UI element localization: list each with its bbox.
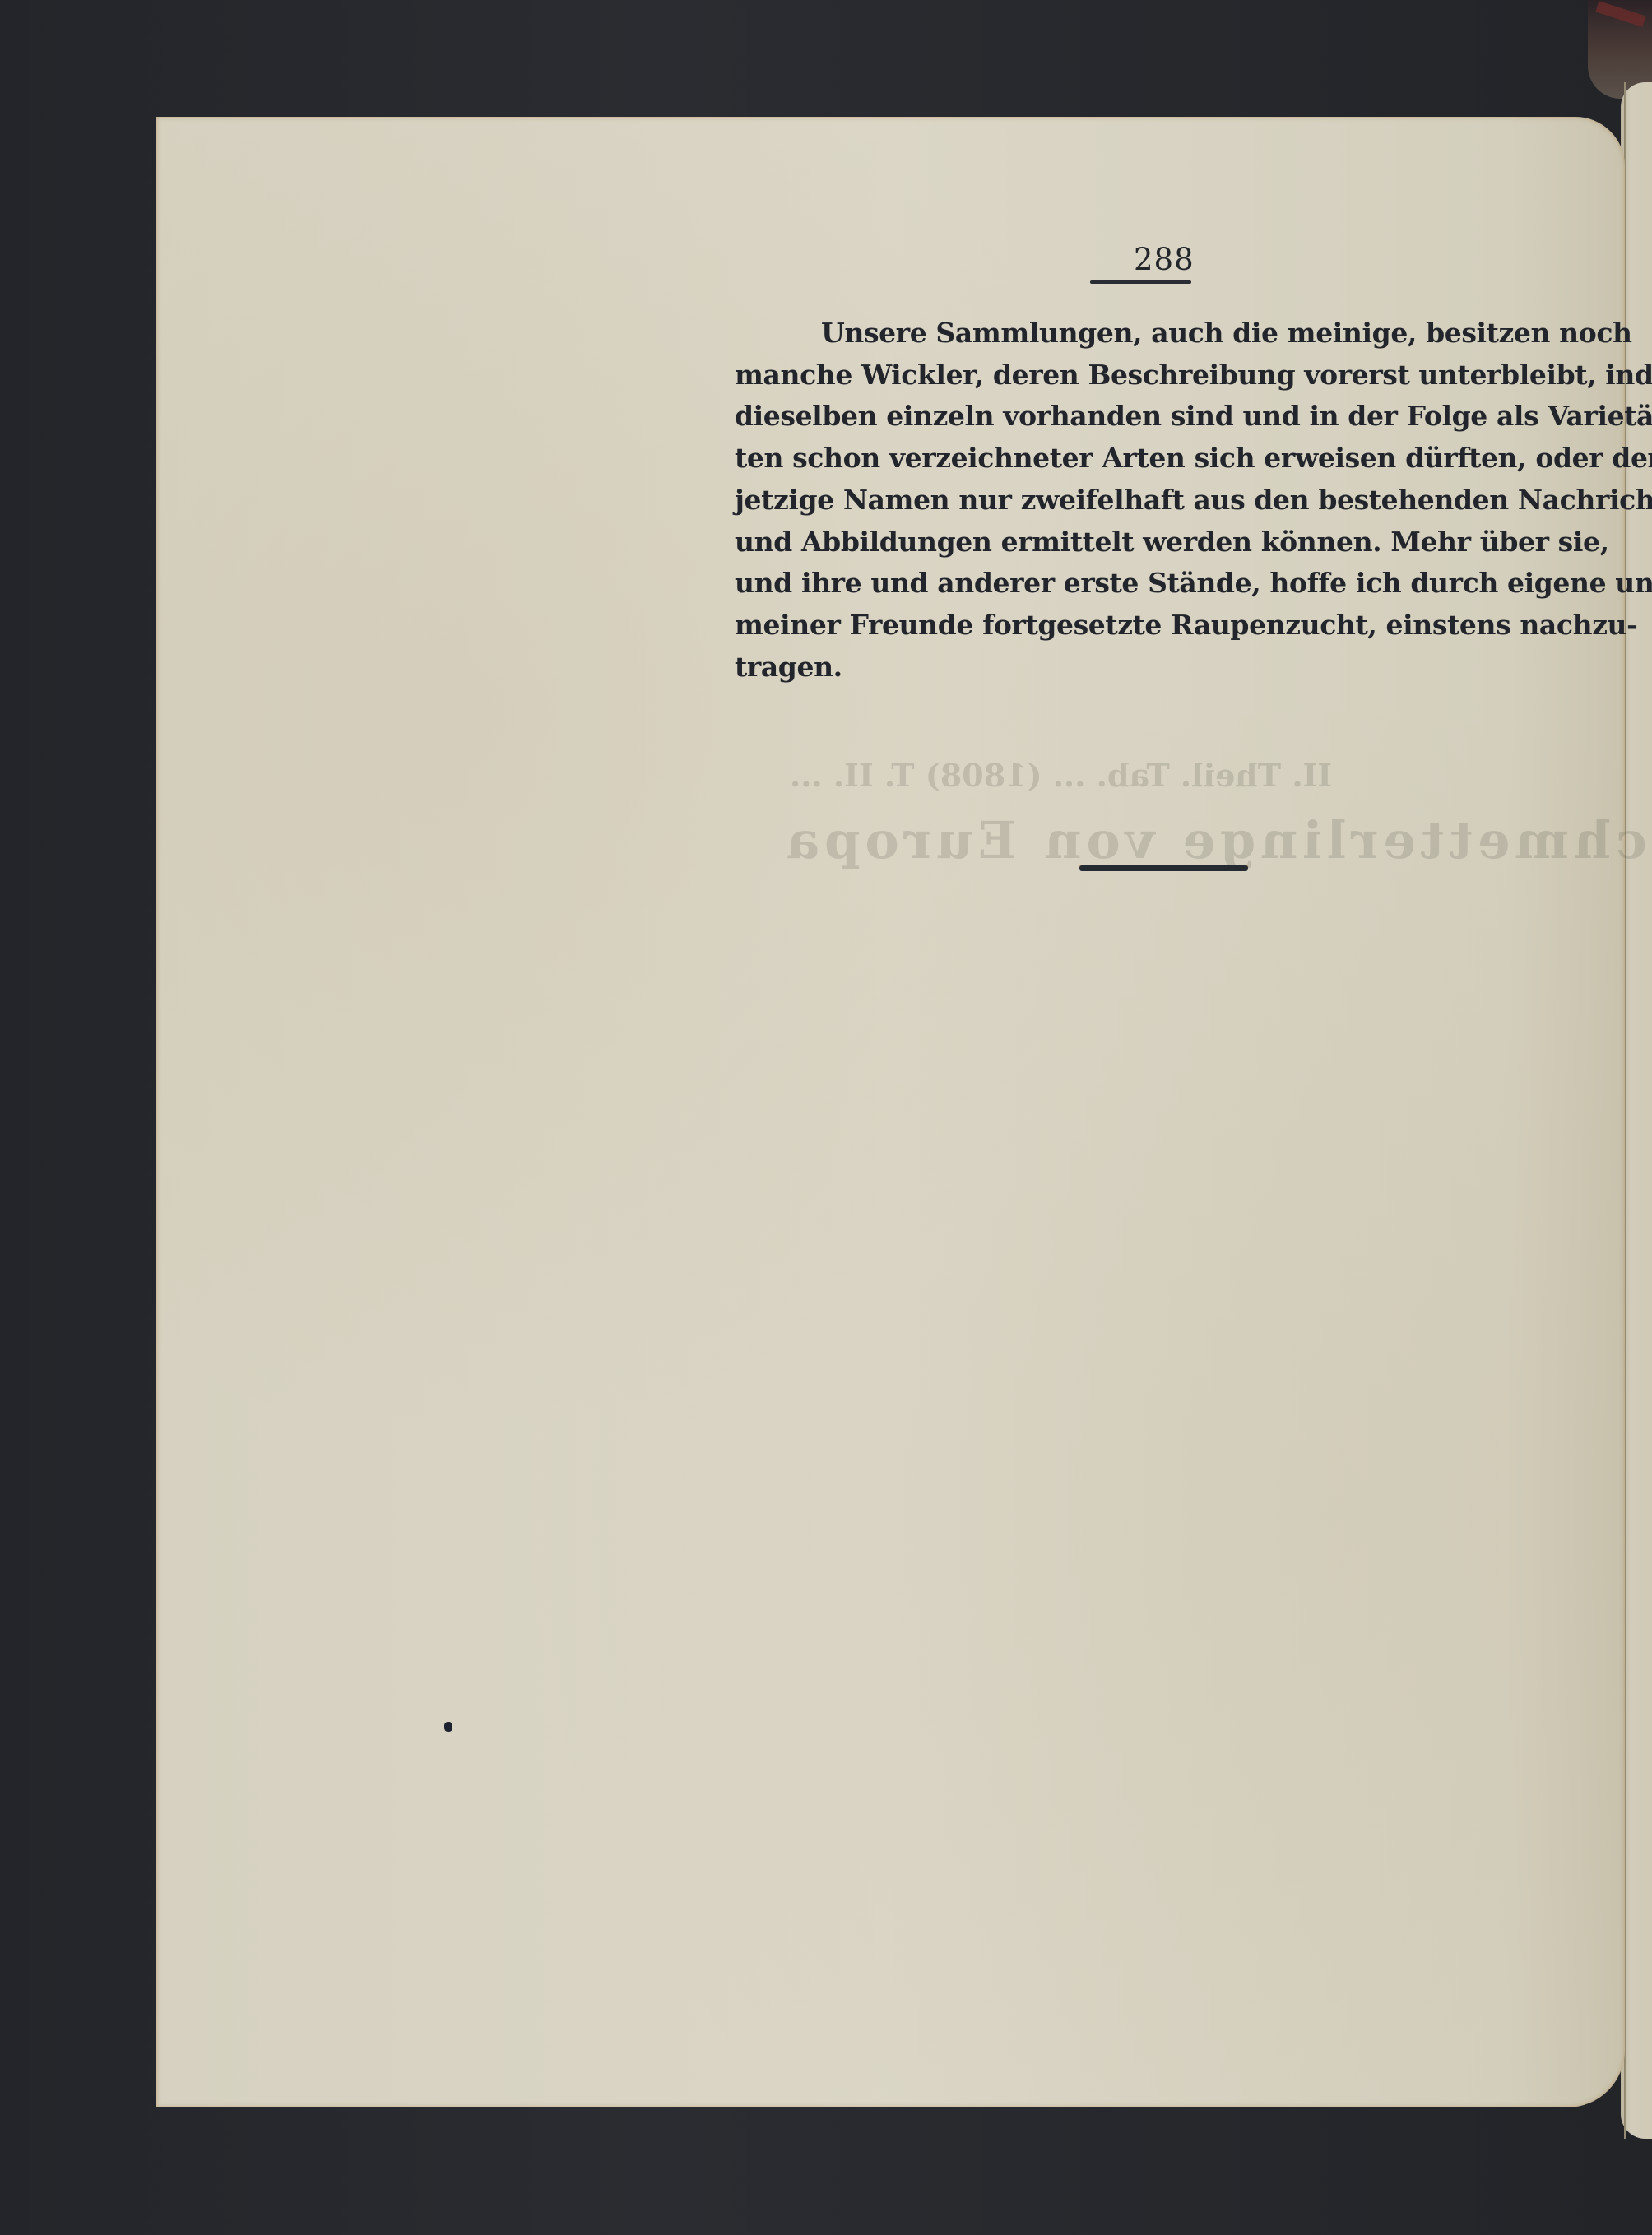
text-line: und ihre und anderer erste Stände, hoffe… xyxy=(735,563,1582,605)
body-paragraph: Unsere Sammlungen, auch die meinige, bes… xyxy=(735,313,1582,688)
text-line: Unsere Sammlungen, auch die meinige, bes… xyxy=(735,313,1582,355)
page-number-underline xyxy=(1090,280,1191,284)
text-line: tragen. xyxy=(735,647,1582,689)
text-line: ten schon verzeichneter Arten sich erwei… xyxy=(735,438,1582,480)
section-divider-rule xyxy=(1079,865,1248,871)
ink-speck xyxy=(444,1722,452,1732)
text-line: manche Wickler, deren Beschreibung vorer… xyxy=(735,355,1582,396)
text-line: dieselben einzeln vorhanden sind und in … xyxy=(735,396,1582,438)
text-line: und Abbildungen ermittelt werden können.… xyxy=(735,522,1582,563)
text-line: jetzige Namen nur zweifelhaft aus den be… xyxy=(735,480,1582,522)
page-number: 288 xyxy=(1134,242,1195,277)
text-line: meiner Freunde fortgesetzte Raupenzucht,… xyxy=(735,605,1582,647)
page-gutter xyxy=(1621,82,1652,2139)
book-binding-stripe xyxy=(1595,1,1645,27)
